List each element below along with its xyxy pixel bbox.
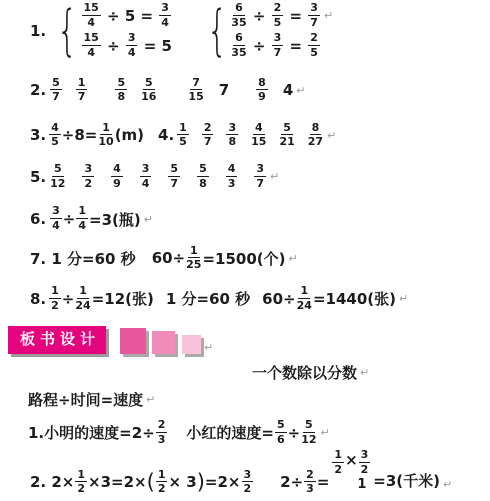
denominator: 5 <box>310 46 318 60</box>
text: (m) <box>115 126 144 144</box>
brace-group: {154 ÷ 5 = 34154 ÷ 34 = 5 <box>50 2 172 60</box>
fraction: 415 <box>251 122 266 149</box>
text: 小红的速度= <box>186 422 274 443</box>
fraction: 125 <box>186 245 201 272</box>
fraction: 43 <box>226 163 238 190</box>
text: 1.小明的速度=2÷ <box>28 422 155 443</box>
board-design-banner: 板书设计 <box>8 326 106 354</box>
spacer <box>46 298 48 299</box>
denominator: 4 <box>142 177 150 191</box>
fraction: 37 <box>254 163 266 190</box>
spacer <box>144 135 158 136</box>
problem-2: 2.5717585167157894↵ <box>30 77 490 104</box>
spacer <box>136 258 152 259</box>
spacer <box>128 90 140 91</box>
numerator: 3 <box>159 2 171 16</box>
spacer <box>46 219 49 220</box>
numerator: 1 <box>76 77 88 91</box>
fraction: 715 <box>188 77 203 104</box>
fraction: 32 <box>359 449 371 476</box>
spacer <box>88 90 114 91</box>
denominator: 3 <box>228 177 236 191</box>
spacer <box>250 298 262 299</box>
denominator: 2 <box>77 482 85 496</box>
spacer <box>95 176 110 177</box>
numerator: 7 <box>190 77 202 91</box>
denominator: 27 <box>308 135 323 149</box>
numerator: 5 <box>303 419 315 433</box>
denominator: 8 <box>117 90 125 104</box>
fraction: 57 <box>168 163 180 190</box>
spacer <box>269 90 283 91</box>
numerator: 15 <box>82 32 101 46</box>
stack-top: 12×32 <box>331 449 371 476</box>
denominator: 7 <box>310 16 318 30</box>
numerator: 5 <box>281 122 293 136</box>
text: =3(瓶) <box>89 209 141 230</box>
numerator: 4 <box>226 163 238 177</box>
spacer <box>63 90 75 91</box>
text: ÷8= <box>62 126 98 144</box>
fraction: 58 <box>197 163 209 190</box>
text: =1500(个) <box>202 248 285 269</box>
fraction: 34 <box>126 32 138 59</box>
denominator: 9 <box>113 177 121 191</box>
denominator: 8 <box>228 135 236 149</box>
denominator: 3 <box>306 482 314 496</box>
text: ÷ <box>248 37 271 55</box>
denominator: 4 <box>52 219 60 233</box>
speed-line-1: 1.小明的速度=2÷23小红的速度=56÷512↵ <box>28 419 490 446</box>
spacer <box>190 135 201 136</box>
numerator: 1 <box>156 469 168 483</box>
fraction: 56 <box>275 419 287 446</box>
text: ÷ <box>63 210 76 228</box>
denominator: 10 <box>98 135 113 149</box>
problem-7: 7. 1 分=60 秒60÷125=1500(个)↵ <box>30 245 490 272</box>
fraction: 23 <box>156 419 168 446</box>
brace-row: 635 ÷ 37 = 25 <box>230 32 333 59</box>
return-mark: ↵ <box>360 366 369 379</box>
return-mark: ↵ <box>321 426 330 439</box>
fraction: 12 <box>75 469 87 496</box>
section-title: 一个数除以分数↵ <box>252 362 490 383</box>
text: × 3 <box>168 473 196 496</box>
square-medium <box>152 331 175 354</box>
spacer <box>205 90 219 91</box>
numerator: 3 <box>359 449 371 463</box>
fraction: 154 <box>82 32 101 59</box>
numerator: 1 <box>76 205 88 219</box>
return-mark: ↵ <box>146 393 155 406</box>
denominator: 2 <box>84 177 92 191</box>
spacer <box>124 176 139 177</box>
denominator: 4 <box>128 46 136 60</box>
parenthesis: ) <box>197 472 205 496</box>
fraction: 25 <box>272 2 284 29</box>
numerator: 4 <box>253 122 265 136</box>
numerator: 5 <box>52 163 64 177</box>
numerator: 5 <box>168 163 180 177</box>
denominator: 12 <box>50 177 65 191</box>
numerator: 3 <box>272 32 284 46</box>
numerator: 3 <box>254 163 266 177</box>
fraction: 512 <box>50 163 65 190</box>
return-mark: ↵ <box>144 213 153 226</box>
text: 4 <box>283 81 293 99</box>
text: =12(张) <box>92 288 154 309</box>
speed-formula: 路程÷时间=速度↵ <box>28 389 490 410</box>
denominator: 6 <box>277 433 285 447</box>
problem-1: 1.{154 ÷ 5 = 34154 ÷ 34 = 5{635 ÷ 25 = 3… <box>30 2 490 60</box>
denominator: 15 <box>188 90 203 104</box>
brace-icon: { <box>207 5 228 56</box>
denominator: 21 <box>279 135 294 149</box>
text: 60÷ <box>152 249 185 267</box>
denominator: 2 <box>361 463 369 477</box>
problem-3-4: 3.45÷8=110(m)4.152738415521827↵ <box>30 122 490 149</box>
cancellation-stack: 12×321 <box>331 449 371 496</box>
fraction: 58 <box>115 77 127 104</box>
text: 路程÷时间=速度 <box>28 389 143 410</box>
text: 一个数除以分数 <box>252 362 357 383</box>
numerator: 4 <box>111 163 123 177</box>
fraction: 25 <box>308 32 320 59</box>
spacer <box>157 90 187 91</box>
denominator: 9 <box>258 90 266 104</box>
fraction: 15 <box>177 122 189 149</box>
return-mark: ↵ <box>204 341 213 354</box>
denominator: 7 <box>256 177 264 191</box>
numerator: 5 <box>115 77 127 91</box>
denominator: 7 <box>78 90 86 104</box>
brace-group: {635 ÷ 25 = 37↵635 ÷ 37 = 25 <box>200 2 333 60</box>
return-mark: ↵ <box>399 292 408 305</box>
denominator: 2 <box>244 482 252 496</box>
brace-row: 635 ÷ 25 = 37↵ <box>230 2 333 29</box>
text: = <box>284 37 307 55</box>
spacer <box>181 176 196 177</box>
text: × <box>345 451 358 474</box>
text: 2. <box>30 81 46 99</box>
spacer <box>66 176 81 177</box>
denominator: 2 <box>51 299 59 313</box>
text: 3. <box>30 126 46 144</box>
denominator: 12 <box>301 433 316 447</box>
numerator: 8 <box>256 77 268 91</box>
text: 2÷ <box>280 473 303 496</box>
fraction: 516 <box>141 77 156 104</box>
numerator: 6 <box>233 2 245 16</box>
numerator: 1 <box>188 245 200 259</box>
denominator: 5 <box>51 135 59 149</box>
fraction: 14 <box>76 205 88 232</box>
fraction: 12 <box>156 469 168 496</box>
stack-bottom: 1 <box>357 478 366 492</box>
worksheet-page: 1.{154 ÷ 5 = 34154 ÷ 34 = 5{635 ÷ 25 = 3… <box>0 0 490 501</box>
denominator: 24 <box>297 299 312 313</box>
fraction: 32 <box>82 163 94 190</box>
numerator: 1 <box>177 122 189 136</box>
denominator: 16 <box>141 90 156 104</box>
fraction: 34 <box>50 205 62 232</box>
spacer <box>296 135 307 136</box>
text: 1 分=60 秒 <box>166 288 250 309</box>
text: =2× <box>205 473 241 496</box>
square-large <box>120 328 146 354</box>
text: ÷ <box>288 424 301 442</box>
fraction: 12 <box>49 285 61 312</box>
numerator: 1 <box>100 122 112 136</box>
numerator: 3 <box>126 32 138 46</box>
speed-line-2: 2. 2×12×3=2×(12× 3)=2×322÷23=12×321=3(千米… <box>30 449 490 496</box>
return-mark: ↵ <box>296 84 305 97</box>
fraction: 521 <box>279 122 294 149</box>
brace-rows: 154 ÷ 5 = 34154 ÷ 34 = 5 <box>81 2 172 60</box>
numerator: 3 <box>242 469 254 483</box>
denominator: 35 <box>231 46 246 60</box>
text: = 5 <box>138 37 171 55</box>
numerator: 15 <box>82 2 101 16</box>
text: 4. <box>158 126 174 144</box>
denominator: 3 <box>158 433 166 447</box>
denominator: 2 <box>334 463 342 477</box>
fraction: 49 <box>111 163 123 190</box>
numerator: 1 <box>298 285 310 299</box>
return-mark: ↵ <box>270 170 279 183</box>
return-mark: ↵ <box>443 478 452 496</box>
parenthesis: ( <box>147 472 155 496</box>
denominator: 5 <box>274 16 282 30</box>
denominator: 7 <box>52 90 60 104</box>
problem-5: 5.51232493457584337↵ <box>30 163 490 190</box>
numerator: 3 <box>140 163 152 177</box>
numerator: 2 <box>308 32 320 46</box>
fraction: 27 <box>202 122 214 149</box>
fraction: 635 <box>231 32 246 59</box>
spacer <box>174 135 176 136</box>
numerator: 8 <box>310 122 322 136</box>
spacer <box>210 176 225 177</box>
numerator: 2 <box>156 419 168 433</box>
spacer <box>172 30 200 31</box>
fraction: 57 <box>50 77 62 104</box>
fraction: 154 <box>82 2 101 29</box>
fraction: 23 <box>304 469 316 496</box>
denominator: 5 <box>179 135 187 149</box>
decorative-squares <box>120 328 201 354</box>
text: ×3=2× <box>88 473 147 496</box>
numerator: 1 <box>77 285 89 299</box>
text: = <box>284 7 307 25</box>
fraction: 34 <box>140 163 152 190</box>
fraction: 32 <box>242 469 254 496</box>
text: 6. <box>30 210 46 228</box>
text: =1440(张) <box>313 288 396 309</box>
fraction: 124 <box>75 285 90 312</box>
spacer <box>254 495 280 496</box>
return-mark: ↵ <box>324 9 333 22</box>
spacer <box>229 90 255 91</box>
fraction: 89 <box>256 77 268 104</box>
text: ÷ 5 = <box>102 7 158 25</box>
fraction: 635 <box>231 2 246 29</box>
fraction: 37 <box>308 2 320 29</box>
board-design-section: 一个数除以分数↵路程÷时间=速度↵1.小明的速度=2÷23小红的速度=56÷51… <box>0 362 490 496</box>
fraction: 827 <box>308 122 323 149</box>
text: 7 <box>219 81 229 99</box>
denominator: 2 <box>158 482 166 496</box>
fraction: 17 <box>76 77 88 104</box>
denominator: 4 <box>161 16 169 30</box>
problem-6: 6.34÷14=3(瓶)↵ <box>30 205 490 232</box>
numerator: 2 <box>272 2 284 16</box>
text: 8. <box>30 290 46 308</box>
text: ÷ <box>102 37 125 55</box>
denominator: 35 <box>231 16 246 30</box>
numerator: 5 <box>197 163 209 177</box>
brace-rows: 635 ÷ 25 = 37↵635 ÷ 37 = 25 <box>230 2 333 60</box>
brace-row: 154 ÷ 34 = 5 <box>81 32 172 59</box>
fraction: 45 <box>49 122 61 149</box>
numerator: 1 <box>75 469 87 483</box>
numerator: 5 <box>275 419 287 433</box>
denominator: 4 <box>87 16 95 30</box>
denominator: 4 <box>87 46 95 60</box>
numerator: 1 <box>332 449 344 463</box>
brace-icon: { <box>57 5 78 56</box>
return-mark: ↵ <box>288 252 297 265</box>
denominator: 7 <box>274 46 282 60</box>
text: 2. 2× <box>30 473 74 496</box>
text: 60÷ <box>262 290 295 308</box>
fraction: 34 <box>159 2 171 29</box>
spacer <box>46 176 49 177</box>
numerator: 1 <box>49 285 61 299</box>
numerator: 3 <box>82 163 94 177</box>
problem-8: 8.12÷124=12(张)1 分=60 秒60÷124=1440(张)↵ <box>30 285 490 312</box>
denominator: 4 <box>78 219 86 233</box>
spacer <box>152 176 167 177</box>
square-small <box>182 335 201 354</box>
numerator: 3 <box>50 205 62 219</box>
spacer <box>214 135 225 136</box>
spacer <box>267 135 278 136</box>
spacer <box>168 432 186 433</box>
text: 7. 1 分=60 秒 <box>30 248 136 269</box>
banner-row: 板书设计 ↵ <box>8 326 490 354</box>
fraction: 110 <box>98 122 113 149</box>
return-mark: ↵ <box>327 129 336 142</box>
brace-row: 154 ÷ 5 = 34 <box>81 2 172 29</box>
text: 1. <box>30 22 46 40</box>
denominator: 24 <box>75 299 90 313</box>
text: ÷ <box>248 7 271 25</box>
text: 5. <box>30 168 46 186</box>
numerator: 4 <box>49 122 61 136</box>
fraction: 512 <box>301 419 316 446</box>
spacer <box>46 90 49 91</box>
text: ÷ <box>62 290 75 308</box>
denominator: 8 <box>199 177 207 191</box>
answers-section: 1.{154 ÷ 5 = 34154 ÷ 34 = 5{635 ÷ 25 = 3… <box>0 2 490 312</box>
fraction: 12 <box>332 449 344 476</box>
numerator: 2 <box>304 469 316 483</box>
fraction: 37 <box>272 32 284 59</box>
text: = <box>317 473 330 496</box>
denominator: 7 <box>204 135 212 149</box>
spacer <box>154 298 166 299</box>
spacer <box>238 176 253 177</box>
numerator: 2 <box>202 122 214 136</box>
fraction: 124 <box>297 285 312 312</box>
denominator: 15 <box>251 135 266 149</box>
denominator: 25 <box>186 258 201 272</box>
numerator: 5 <box>143 77 155 91</box>
spacer <box>46 135 48 136</box>
numerator: 6 <box>233 32 245 46</box>
numerator: 3 <box>226 122 238 136</box>
fraction: 38 <box>226 122 238 149</box>
numerator: 5 <box>50 77 62 91</box>
text: =3(千米) <box>373 470 440 496</box>
numerator: 3 <box>308 2 320 16</box>
denominator: 7 <box>170 177 178 191</box>
spacer <box>239 135 250 136</box>
